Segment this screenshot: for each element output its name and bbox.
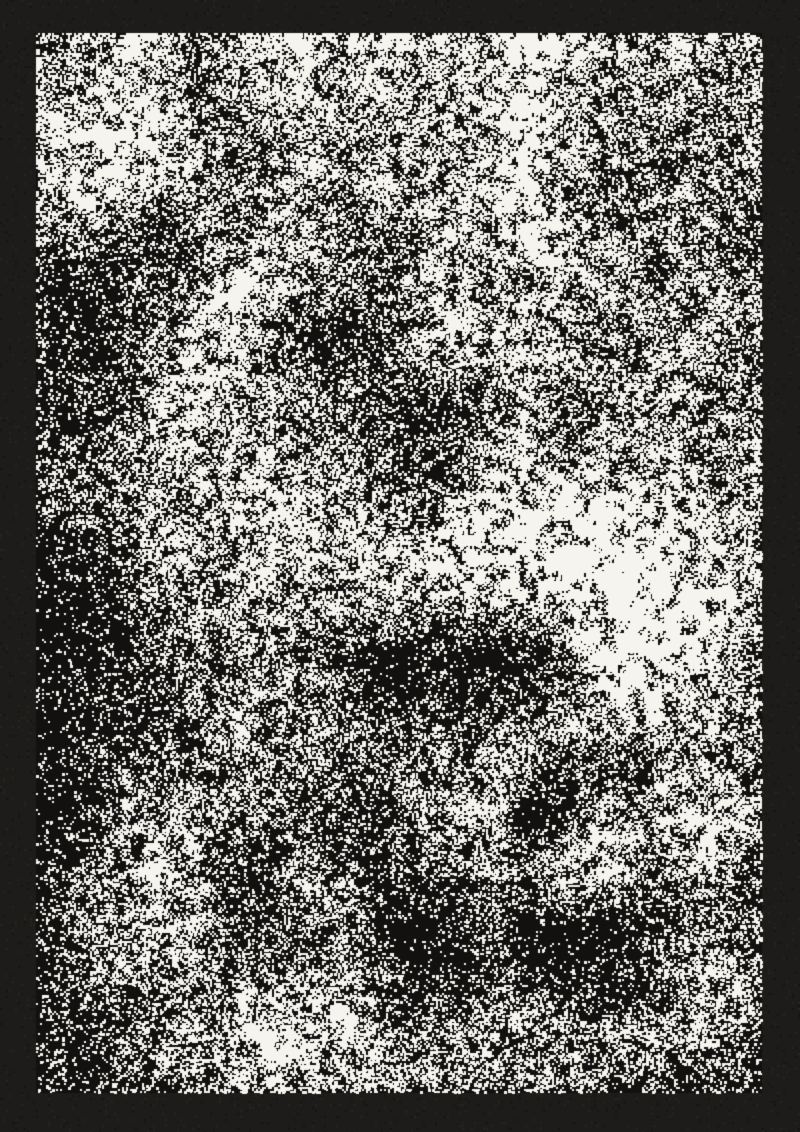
scanned-photo-page	[0, 0, 800, 1132]
dithered-photo-canvas	[0, 0, 800, 1132]
